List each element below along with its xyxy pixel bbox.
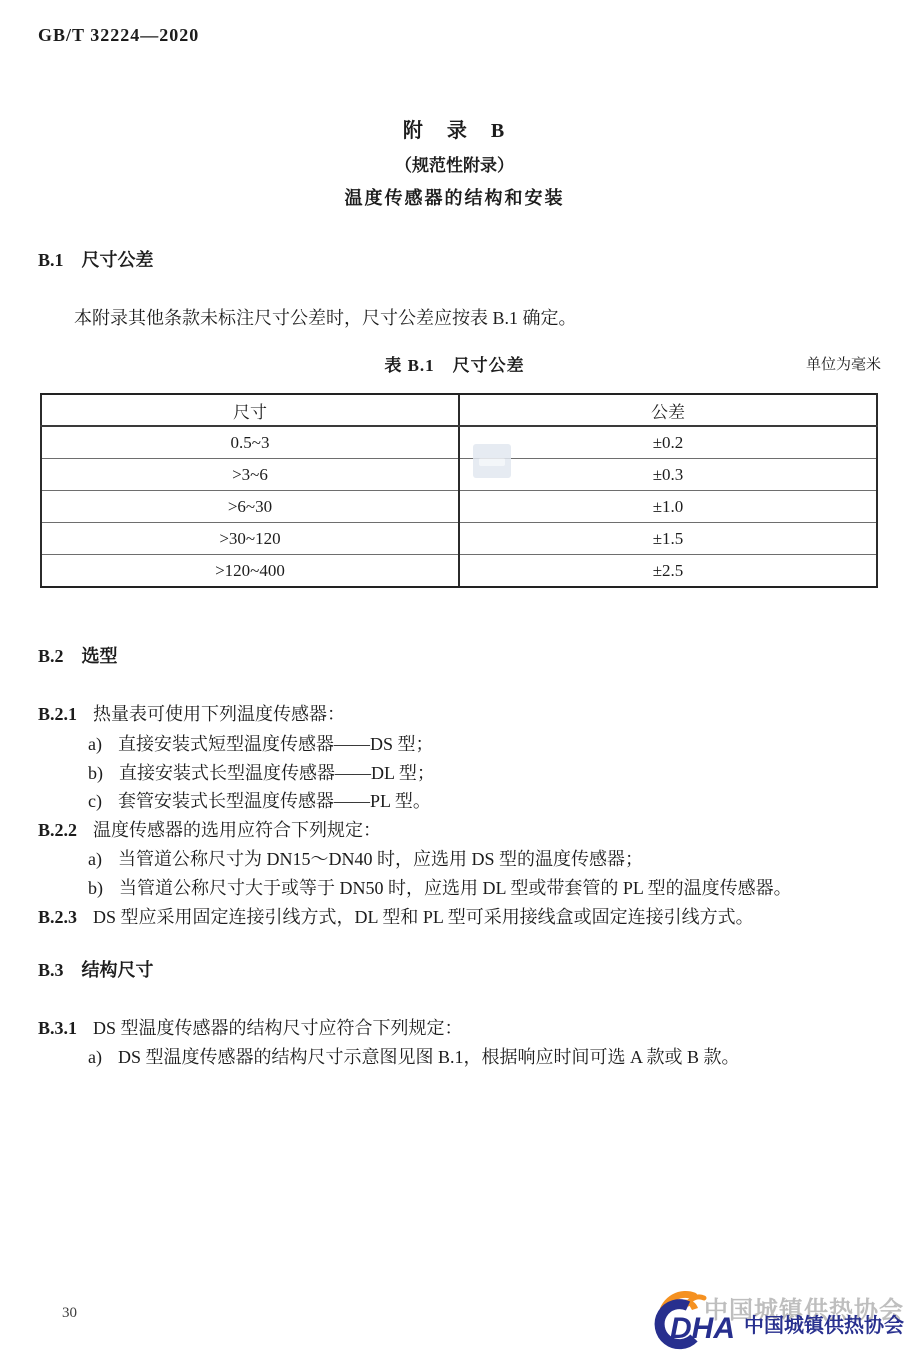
appendix-title: 附 录 B (0, 114, 909, 143)
tolerance-table: 尺寸 公差 0.5~3 ±0.2 >3~6 ±0.3 >6~30 ±1.0 >3… (40, 393, 878, 588)
table-header-row: 尺寸 公差 (41, 394, 877, 426)
section-title: 尺寸公差 (82, 250, 154, 270)
size-cell: >6~30 (41, 491, 459, 523)
section-b2-heading: B.2选型 (38, 642, 118, 668)
list-item-label: a) (88, 849, 102, 869)
tolerance-cell: ±0.3 (459, 459, 877, 491)
tolerance-cell: ±1.5 (459, 523, 877, 555)
clause-text: 温度传感器的选用应符合下列规定： (93, 820, 381, 840)
section-number: B.1 (38, 250, 64, 270)
section-b1-heading: B.1尺寸公差 (38, 246, 154, 272)
tolerance-cell: ±2.5 (459, 555, 877, 588)
clause-text: DS 型应采用固定连接引线方式，DL 型和 PL 型可采用接线盒或固定连接引线方… (93, 907, 754, 927)
table-row: 0.5~3 ±0.2 (41, 426, 877, 459)
list-item-label: a) (88, 1047, 102, 1067)
size-cell: >30~120 (41, 523, 459, 555)
list-item-text: 直接安装式短型温度传感器——DS 型； (118, 734, 434, 754)
list-item: a)DS 型温度传感器的结构尺寸示意图见图 B.1，根据响应时间可选 A 款或 … (88, 1043, 740, 1069)
table-header-tolerance: 公差 (459, 394, 877, 426)
section-title: 选型 (82, 646, 118, 666)
clause-number: B.2.2 (38, 820, 77, 840)
section-b3-heading: B.3结构尺寸 (38, 956, 154, 982)
appendix-title-block: 附 录 B （规范性附录） 温度传感器的结构和安装 (0, 114, 909, 210)
clause-number: B.3.1 (38, 1018, 77, 1038)
list-item-label: a) (88, 734, 102, 754)
table-caption-row: 表 B.1 尺寸公差 单位为毫米 (0, 351, 909, 375)
list-item-text: DS 型温度传感器的结构尺寸示意图见图 B.1，根据响应时间可选 A 款或 B … (118, 1047, 740, 1067)
table-caption: 表 B.1 尺寸公差 (0, 351, 909, 376)
appendix-topic: 温度传感器的结构和安装 (0, 184, 909, 210)
list-item-text: 套管安装式长型温度传感器——PL 型。 (118, 791, 431, 811)
clause-text: 热量表可使用下列温度传感器： (93, 704, 345, 724)
clause-b22: B.2.2温度传感器的选用应符合下列规定： (38, 816, 381, 842)
list-item-label: c) (88, 791, 102, 811)
list-item-text: 当管道公称尺寸大于或等于 DN50 时，应选用 DL 型或带套管的 PL 型的温… (119, 878, 792, 898)
tolerance-cell: ±1.0 (459, 491, 877, 523)
clause-number: B.2.3 (38, 907, 77, 927)
section-number: B.2 (38, 646, 64, 666)
table-row: >3~6 ±0.3 (41, 459, 877, 491)
clause-number: B.2.1 (38, 704, 77, 724)
list-item: b)当管道公称尺寸大于或等于 DN50 时，应选用 DL 型或带套管的 PL 型… (88, 874, 792, 900)
list-item-text: 当管道公称尺寸为 DN15～DN40 时，应选用 DS 型的温度传感器； (118, 849, 643, 869)
section-title: 结构尺寸 (82, 960, 154, 980)
appendix-subtitle: （规范性附录） (0, 151, 909, 176)
clause-text: DS 型温度传感器的结构尺寸应符合下列规定： (93, 1018, 463, 1038)
list-item: b)直接安装式长型温度传感器——DL 型； (88, 759, 435, 785)
list-item: c)套管安装式长型温度传感器——PL 型。 (88, 787, 431, 813)
page-number: 30 (62, 1305, 77, 1322)
standard-number: GB/T 32224—2020 (38, 25, 199, 46)
section-b1-paragraph: 本附录其他条款未标注尺寸公差时，尺寸公差应按表 B.1 确定。 (38, 305, 878, 332)
tolerance-cell: ±0.2 (459, 426, 877, 459)
table-unit-note: 单位为毫米 (806, 353, 881, 374)
list-item: a)当管道公称尺寸为 DN15～DN40 时，应选用 DS 型的温度传感器； (88, 845, 643, 871)
clause-b23: B.2.3DS 型应采用固定连接引线方式，DL 型和 PL 型可采用接线盒或固定… (38, 903, 754, 929)
clause-b31: B.3.1DS 型温度传感器的结构尺寸应符合下列规定： (38, 1014, 463, 1040)
size-cell: 0.5~3 (41, 426, 459, 459)
size-cell: >3~6 (41, 459, 459, 491)
table-row: >120~400 ±2.5 (41, 555, 877, 588)
list-item: a)直接安装式短型温度传感器——DS 型； (88, 730, 434, 756)
clause-b21: B.2.1热量表可使用下列温度传感器： (38, 700, 345, 726)
cdha-association-logo: DHA 中国城镇供热协会 中国城镇供热协会 (648, 1282, 903, 1354)
list-item-text: 直接安装式长型温度传感器——DL 型； (119, 763, 435, 783)
table-row: >6~30 ±1.0 (41, 491, 877, 523)
size-cell: >120~400 (41, 555, 459, 588)
list-item-label: b) (88, 878, 103, 898)
document-page: GB/T 32224—2020 附 录 B （规范性附录） 温度传感器的结构和安… (0, 0, 909, 1358)
list-item-label: b) (88, 763, 103, 783)
association-name: 中国城镇供热协会 (744, 1309, 904, 1338)
scan-watermark-artifact (473, 444, 511, 478)
table-row: >30~120 ±1.5 (41, 523, 877, 555)
section-number: B.3 (38, 960, 64, 980)
table-header-size: 尺寸 (41, 394, 459, 426)
